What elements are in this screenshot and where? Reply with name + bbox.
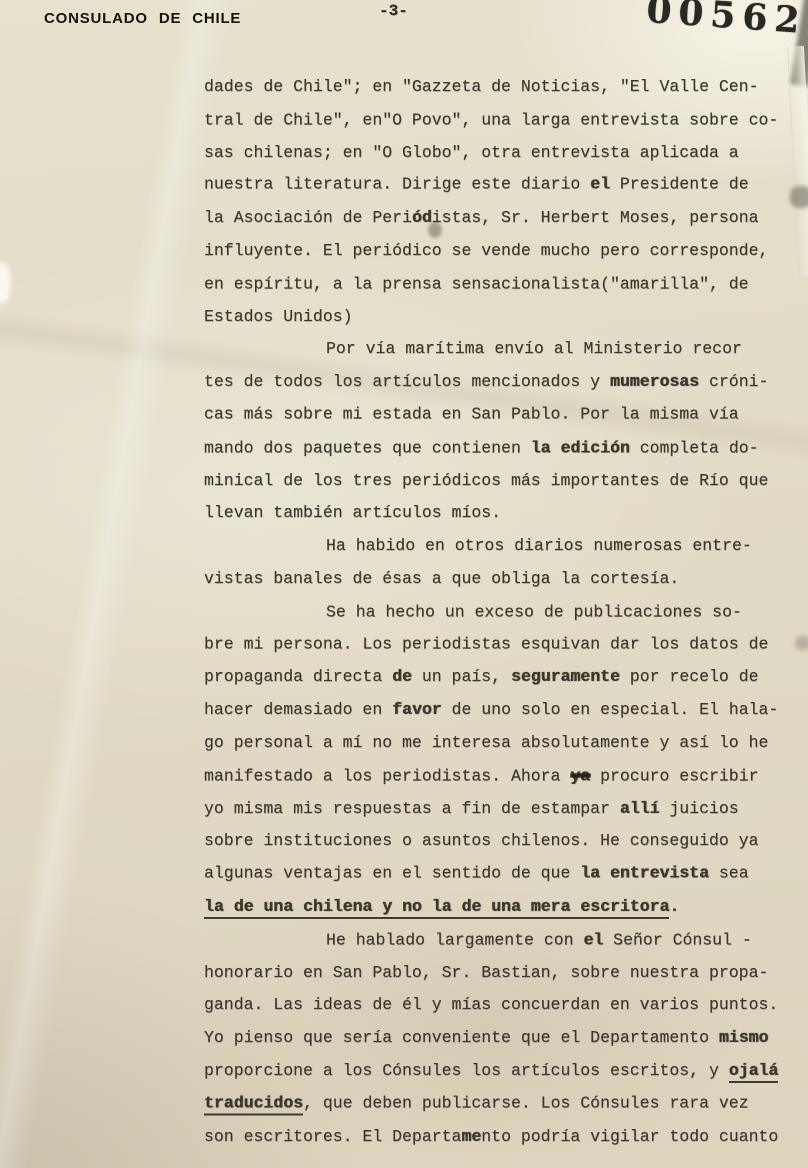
typed-text: dades de Chile"; en "Gazzeta de Noticias…: [204, 77, 759, 96]
typed-text: influyente. El periódico se vende mucho …: [204, 241, 768, 260]
typed-text: de: [392, 667, 412, 686]
document-page: CONSULADO DE CHILE -3- 00562 dades de Ch…: [0, 0, 808, 1168]
typed-text: llevan también artículos míos.: [204, 503, 501, 522]
typed-text: He hablado largamente con: [326, 930, 583, 949]
typed-text: ganda. Las ideas de él y mías concuerdan…: [204, 995, 778, 1014]
typed-text: .: [669, 897, 679, 916]
typed-text: Se ha hecho un exceso de publicaciones s…: [326, 602, 742, 621]
typed-text: la entrevista: [580, 864, 709, 883]
typed-line: tral de Chile", en"O Povo", una larga en…: [204, 104, 804, 137]
typed-text: por recelo de: [620, 667, 759, 686]
typed-text: en espíritu, a la prensa sensacionalista…: [204, 274, 749, 293]
typed-text: Señor Cónsul -: [603, 930, 752, 949]
typed-text: nto podría vigilar todo cuanto: [481, 1127, 778, 1146]
typed-line: traducidos, que deben publicarse. Los Có…: [204, 1087, 804, 1120]
typed-text: manifestado a los periodistas. Ahora: [204, 766, 570, 785]
typed-text: mumerosas: [610, 372, 699, 391]
typed-text: minical de los tres periódicos más impor…: [204, 471, 768, 490]
typed-line: honorario en San Pablo, Sr. Bastian, sob…: [204, 957, 804, 990]
typed-text: sas chilenas; en "O Globo", otra entrevi…: [204, 143, 739, 162]
ink-smudge-right-top: [790, 186, 808, 208]
typed-text: la edición: [531, 438, 630, 457]
typed-text: tes de todos los artículos mencionados y: [204, 372, 610, 391]
typed-text: procuro escribir: [590, 766, 758, 785]
typed-text: sea: [709, 864, 749, 883]
typed-line: propaganda directa de un país, seguramen…: [204, 661, 804, 694]
typed-text: son escritores. El Departa: [204, 1127, 461, 1146]
typed-line: mando dos paquetes que contienen la edic…: [204, 432, 804, 465]
typed-text: cróni-: [699, 372, 768, 391]
typed-line: nuestra literatura. Dirige este diario e…: [204, 169, 804, 202]
typed-line: la de una chilena y no la de una mera es…: [204, 891, 804, 924]
typed-line: Estados Unidos): [204, 301, 804, 334]
typed-text: yo misma mis respuestas a fin de estampa…: [204, 799, 620, 818]
typed-text: sobre instituciones o asuntos chilenos. …: [204, 831, 759, 850]
typed-line: tes de todos los artículos mencionados y…: [204, 366, 804, 399]
typed-text: me: [461, 1127, 481, 1146]
typed-text: tral de Chile", en"O Povo", una larga en…: [204, 110, 778, 129]
stamp-number: 00562: [645, 0, 808, 42]
typed-text: hacer demasiado en: [204, 700, 392, 719]
typed-text: traducidos: [204, 1093, 303, 1115]
typed-line: sobre instituciones o asuntos chilenos. …: [204, 825, 804, 858]
typed-line: la Asociación de Periódistas, Sr. Herber…: [204, 202, 804, 235]
typed-line: manifestado a los periodistas. Ahora ya …: [204, 760, 804, 793]
typed-text: cas más sobre mi estada en San Pablo. Po…: [204, 404, 739, 423]
typed-line: go personal a mí no me interesa absoluta…: [204, 727, 804, 760]
typed-line: son escritores. El Departamento podría v…: [204, 1121, 804, 1154]
typed-line: ganda. Las ideas de él y mías concuerdan…: [204, 989, 804, 1022]
typed-text: allí: [620, 799, 660, 818]
typed-text: la de una chilena y no la de una mera es…: [204, 897, 669, 919]
typed-line: Ha habido en otros diarios numerosas ent…: [204, 530, 804, 563]
typed-line: hacer demasiado en favor de uno solo en …: [204, 694, 804, 727]
typed-body: dades de Chile"; en "Gazzeta de Noticias…: [204, 71, 804, 1153]
typed-text: , que deben publicarse. Los Cónsules rar…: [303, 1093, 749, 1112]
typed-line: en espíritu, a la prensa sensacionalista…: [204, 268, 804, 301]
typed-text: completa do-: [630, 438, 759, 457]
typed-text: juicios: [659, 799, 738, 818]
typed-line: He hablado largamente con el Señor Cónsu…: [204, 924, 804, 957]
typed-line: cas más sobre mi estada en San Pablo. Po…: [204, 398, 804, 431]
typed-line: Se ha hecho un exceso de publicaciones s…: [204, 596, 804, 629]
typed-text: honorario en San Pablo, Sr. Bastian, sob…: [204, 963, 768, 982]
typed-text: Por vía marítima envío al Ministerio rec…: [326, 339, 742, 358]
typed-text: propaganda directa: [204, 667, 392, 686]
typed-text: mando dos paquetes que contienen: [204, 438, 531, 457]
typed-text: el: [583, 930, 603, 949]
typed-text: istas, Sr. Herbert Moses, persona: [432, 208, 759, 227]
typed-text: go personal a mí no me interesa absoluta…: [204, 733, 768, 752]
typed-text: mismo: [719, 1028, 769, 1047]
typed-text: bre mi persona. Los periodistas esquivan…: [204, 634, 768, 653]
typed-line: Por vía marítima envío al Ministerio rec…: [204, 333, 804, 366]
typed-line: sas chilenas; en "O Globo", otra entrevi…: [204, 137, 804, 170]
typed-text: seguramente: [511, 667, 620, 686]
typed-text: algunas ventajas en el sentido de que: [204, 864, 580, 883]
page-number: -3-: [379, 2, 408, 20]
typed-text: de uno solo en especial. El hala-: [442, 700, 779, 719]
typed-line: yo misma mis respuestas a fin de estampa…: [204, 793, 804, 826]
letterhead: CONSULADO DE CHILE: [44, 10, 241, 27]
typed-line: dades de Chile"; en "Gazzeta de Noticias…: [204, 71, 804, 104]
typed-line: vistas banales de ésas a que obliga la c…: [204, 563, 804, 596]
ink-smudge-right-mid: [795, 636, 808, 650]
typed-text: Yo pienso que sería conveniente que el D…: [204, 1028, 719, 1047]
typed-text: Presidente de: [610, 175, 749, 194]
paper-stain-left: [0, 262, 11, 304]
typed-text: nuestra literatura. Dirige este diario: [204, 175, 590, 194]
typed-text: ya: [570, 766, 590, 785]
typed-line: bre mi persona. Los periodistas esquivan…: [204, 628, 804, 661]
ink-smudge-overtype: [428, 222, 442, 238]
typed-line: influyente. El periódico se vende mucho …: [204, 235, 804, 268]
typed-text: Estados Unidos): [204, 307, 353, 326]
typed-text: la Asociación de Peri: [204, 208, 412, 227]
typed-line: algunas ventajas en el sentido de que la…: [204, 858, 804, 891]
typed-text: Ha habido en otros diarios numerosas ent…: [326, 536, 752, 555]
typed-text: ojalá: [729, 1061, 779, 1083]
typed-text: un país,: [412, 667, 511, 686]
typed-text: vistas banales de ésas a que obliga la c…: [204, 569, 679, 588]
typed-text: proporcione a los Cónsules los artículos…: [204, 1061, 729, 1080]
typed-text: el: [590, 175, 610, 194]
typed-line: llevan también artículos míos.: [204, 497, 804, 530]
typed-line: Yo pienso que sería conveniente que el D…: [204, 1022, 804, 1055]
scanned-document: { "colors":{ "paper":"#e2dbc6", "ink":"#…: [0, 0, 808, 1168]
typed-line: proporcione a los Cónsules los artículos…: [204, 1055, 804, 1088]
typed-line: minical de los tres periódicos más impor…: [204, 465, 804, 498]
typed-text: favor: [392, 700, 442, 719]
